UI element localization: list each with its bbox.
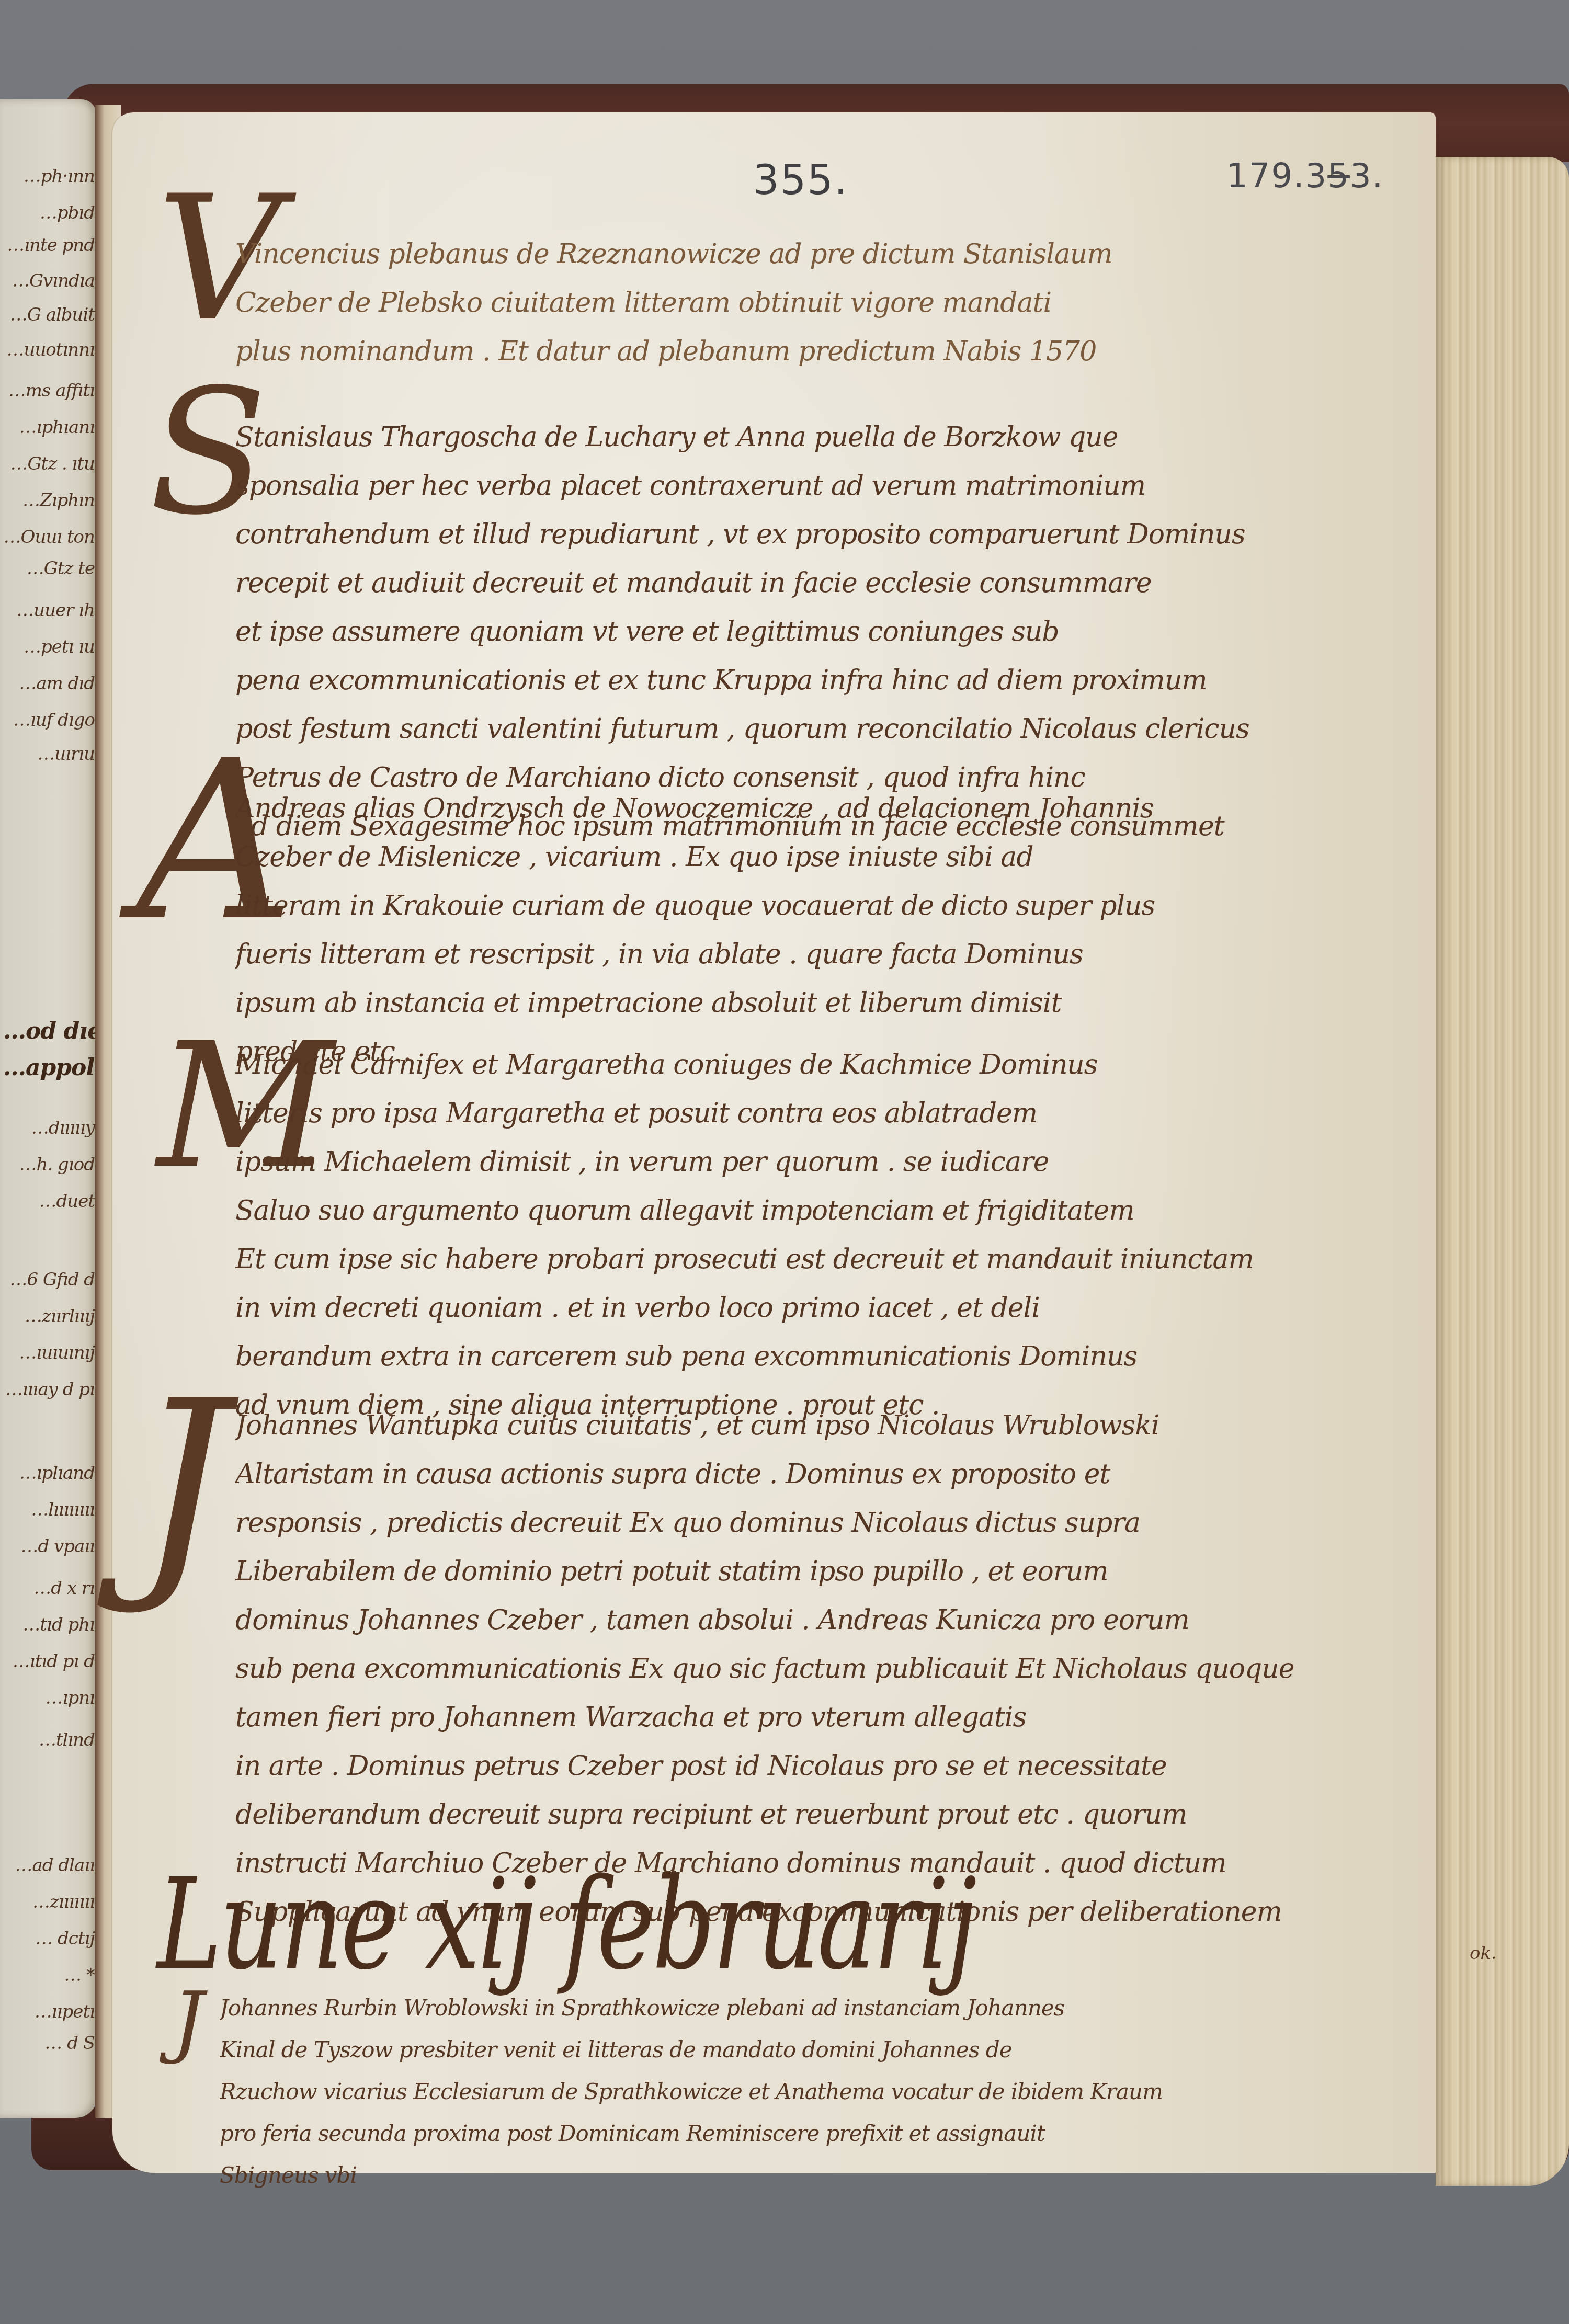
entry-line: Czeber de Mislenicze , vicarium . Ex quo… — [235, 833, 1428, 882]
left-page-text-fragment: …ph·ınn — [3, 167, 95, 185]
entry-1: Vincencius plebanus de Rzeznanowicze ad … — [235, 230, 1428, 376]
entry-line: Saluo suo argumento quorum allegavit imp… — [235, 1187, 1428, 1235]
folio-number: 355. — [753, 157, 848, 204]
left-page-text-fragment: …ıpnı — [3, 1689, 95, 1707]
entry-line: in arte . Dominus petrus Czeber post id … — [235, 1742, 1428, 1791]
left-page-text-fragment: … * — [3, 1966, 95, 1984]
left-page-text-fragment: …zııııııı — [3, 1893, 95, 1911]
left-page-text-fragment: …od dıe — [3, 1020, 95, 1043]
left-page-text-fragment: …Ouuı ton — [3, 528, 95, 546]
entry-line: ipsum ab instancia et impetracione absol… — [235, 979, 1428, 1028]
left-page-text-fragment: …ıuf dıgo — [3, 711, 95, 729]
entry-line: plus nominandum . Et datur ad plebanum p… — [235, 327, 1428, 376]
entry-line: Andreas alias Ondrzysch de Nowoczemicze … — [235, 784, 1428, 833]
entry-line: Sbigneus vbi — [220, 2155, 1412, 2196]
left-page-text-fragment: …6 Gfıd d — [3, 1271, 95, 1289]
entry-line: Michael Carnifex et Margaretha coniuges … — [235, 1041, 1428, 1089]
entry-line: sub pena excommunicationis Ex quo sic fa… — [235, 1645, 1428, 1693]
left-page-text-fragment: …Gtz te — [3, 560, 95, 577]
left-page-text-fragment: …Gvındıa — [3, 272, 95, 290]
entry-4: Michael Carnifex et Margaretha coniuges … — [235, 1041, 1428, 1430]
archive-number-prefix: 179.3 — [1226, 157, 1327, 196]
left-page-text-fragment: …ıuıuınıj — [3, 1344, 95, 1362]
entry-line: pena excommunicationis et ex tunc Kruppa… — [235, 656, 1428, 705]
left-page-text-fragment: …d vpaıı — [3, 1537, 95, 1555]
page-block-fore-edge — [1436, 157, 1569, 2186]
left-page-text-fragment: …ıııay d pı — [3, 1381, 95, 1398]
left-page-text-fragment: …ıphıanı — [3, 418, 95, 436]
entry-3: Andreas alias Ondrzysch de Nowoczemicze … — [235, 784, 1428, 1076]
entry-line: pro feria secunda proxima post Dominicam… — [220, 2113, 1412, 2155]
left-page-text-fragment: …duet — [3, 1192, 95, 1210]
entry-line: Rzuchow vicarius Ecclesiarum de Sprathko… — [220, 2071, 1412, 2113]
left-page-text-fragment: …ııpetı — [3, 2003, 95, 2021]
left-page-text-fragment: …am dıd — [3, 675, 95, 692]
entry-line: litteram in Krakouie curiam de quoque vo… — [235, 882, 1428, 930]
entry-line: Vincencius plebanus de Rzeznanowicze ad … — [235, 230, 1428, 279]
entry-line: post festum sancti valentini futurum , q… — [235, 705, 1428, 754]
left-page-text-fragment: …ıplıand — [3, 1464, 95, 1482]
bleedthrough-mark: ok. — [1470, 1943, 1497, 1964]
left-page-text-fragment: …Gtz . ıtu — [3, 455, 95, 473]
left-page-text-fragment: …petı ıu — [3, 638, 95, 656]
entry-line: Et cum ipse sic habere probari prosecuti… — [235, 1235, 1428, 1284]
left-page-text-fragment: …d x rı — [3, 1579, 95, 1597]
left-page-text-fragment: …appolon — [3, 1056, 95, 1079]
left-page-text-fragment: …ınte pnd — [3, 236, 95, 254]
entry-line: recepit et audiuit decreuit et mandauit … — [235, 559, 1428, 608]
left-page-text-fragment: …zıırlıııj — [3, 1307, 95, 1325]
left-page-text-fragment: …Zıphın — [3, 492, 95, 509]
left-page-text-fragment: …dıııııy — [3, 1119, 95, 1137]
entry-line: responsis , predictis decreuit Ex quo do… — [235, 1499, 1428, 1547]
left-page-text-fragment: …lıııııııı — [3, 1501, 95, 1519]
left-facing-page: …ph·ınn…pbıd…ınte pnd…Gvındıa…G albuit…u… — [0, 99, 97, 2118]
left-page-text-fragment: … d S — [3, 2034, 95, 2052]
entry-line: deliberandum decreuit supra recipiunt et… — [235, 1791, 1428, 1839]
entry-line: Liberabilem de dominio petri potuit stat… — [235, 1547, 1428, 1596]
entry-line: Kinal de Tyszow presbiter venit ei litte… — [220, 2029, 1412, 2071]
entry-line: in vim decreti quoniam . et in verbo loc… — [235, 1284, 1428, 1332]
left-page-text-fragment: … dctıj — [3, 1930, 95, 1947]
left-page-text-fragment: …ms affıtı — [3, 382, 95, 400]
left-page-text-fragment: …tıd phı — [3, 1616, 95, 1634]
left-page-text-fragment: …uırıu — [3, 745, 95, 763]
entry-line: et ipse assumere quoniam vt vere et legi… — [235, 608, 1428, 656]
left-page-text-fragment: …tlınd — [3, 1731, 95, 1749]
entry-line: berandum extra in carcerem sub pena exco… — [235, 1332, 1428, 1381]
archive-number-suffix: 3. — [1350, 157, 1384, 196]
initial-letter-j-final: J — [173, 1982, 204, 2060]
entry-line: Stanislaus Thargoscha de Luchary et Anna… — [235, 413, 1428, 462]
date-heading: Lune xij februarij — [157, 1862, 974, 1987]
left-page-text-fragment: …pbıd — [3, 204, 95, 222]
left-page-text-fragment: …h. gıod — [3, 1156, 95, 1174]
left-page-text-fragment: …uuotınnı — [3, 341, 95, 359]
entry-line: tamen fieri pro Johannem Warzacha et pro… — [235, 1693, 1428, 1742]
entry-line: Altaristam in causa actionis supra dicte… — [235, 1450, 1428, 1499]
entry-line: dominus Johannes Czeber , tamen absolui … — [235, 1596, 1428, 1645]
entry-line: Johannes Rurbin Wroblowski in Sprathkowi… — [220, 1987, 1412, 2029]
archive-number: 179.353. — [1226, 157, 1384, 196]
entry-line: sponsalia per hec verba placet contraxer… — [235, 462, 1428, 510]
left-page-text-fragment: …ıtıd pı d — [3, 1653, 95, 1670]
left-page-text-fragment: …uuer ıh — [3, 601, 95, 619]
left-page-text-fragment: …ad dlaıı — [3, 1856, 95, 1874]
left-page-text-fragment: …G albuit — [3, 306, 95, 324]
entry-line: Johannes Wantupka cuius ciuitatis , et c… — [235, 1402, 1428, 1450]
entry-final: Johannes Rurbin Wroblowski in Sprathkowi… — [220, 1987, 1412, 2196]
entry-line: ipsum Michaelem dimisit , in verum per q… — [235, 1138, 1428, 1187]
initial-letter-j: J — [136, 1370, 228, 1600]
entry-line: Czeber de Plebsko ciuitatem litteram obt… — [235, 279, 1428, 327]
entry-line: fueris litteram et rescripsit , in via a… — [235, 930, 1428, 979]
entry-line: litteris pro ipsa Margaretha et posuit c… — [235, 1089, 1428, 1138]
archive-number-struck-digit: 5 — [1327, 157, 1350, 196]
entry-line: contrahendum et illud repudiarunt , vt e… — [235, 510, 1428, 559]
